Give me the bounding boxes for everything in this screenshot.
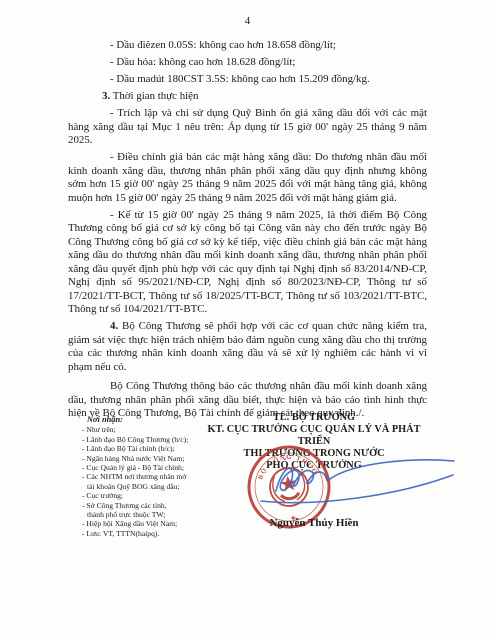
recipient-item: - Cục trưởng; — [82, 491, 198, 500]
fuel-price-item-mazut: - Dầu madút 180CST 3.5S: không cao hơn 1… — [68, 73, 427, 87]
fuel-price-item-diesel: - Dầu điêzen 0.05S: không cao hơn 18.658… — [68, 39, 427, 53]
recipient-item: - Ngân hàng Nhà nước Việt Nam; — [82, 454, 198, 463]
section-3-number: 3. — [102, 90, 110, 102]
page-number: 4 — [0, 15, 495, 27]
fuel-price-item-kerosene: - Dầu hỏa: không cao hơn 18.628 đồng/lít… — [68, 56, 427, 70]
recipients-list: - Như trên; - Lãnh đạo Bộ Công Thương (b… — [82, 425, 198, 538]
signature-authority-line: TL. BỘ TRƯỞNG — [198, 412, 430, 424]
document-page: 4 - Dầu điêzen 0.05S: không cao hơn 18.6… — [0, 0, 495, 640]
recipient-item: - Cục Quản lý giá - Bộ Tài chính; — [82, 463, 198, 472]
recipient-item: - Hiệp hội Xăng dầu Việt Nam; — [82, 519, 198, 528]
paragraph-price-adjustment: - Điều chỉnh giá bán các mặt hàng xăng d… — [68, 151, 427, 205]
recipient-item: - Sở Công Thương các tỉnh, thành phố trự… — [82, 501, 198, 520]
section-4-number: 4. — [110, 320, 118, 332]
section-4-paragraph: 4. Bộ Công Thương sẽ phối hợp với các cơ… — [68, 320, 427, 374]
recipient-item: - Các NHTM nơi thương nhân mở tài khoản … — [82, 472, 198, 491]
paragraph-fund-usage: - Trích lập và chi sử dụng Quỹ Bình ổn g… — [68, 107, 427, 148]
paragraph-effective-time: - Kể từ 15 giờ 00' ngày 25 tháng 9 năm 2… — [68, 209, 427, 317]
document-body: - Dầu điêzen 0.05S: không cao hơn 18.658… — [68, 39, 427, 421]
section-3-heading: 3. Thời gian thực hiện — [68, 90, 427, 104]
recipients-label: Nơi nhận: — [87, 415, 198, 424]
section-4-text: Bộ Công Thương sẽ phối hợp với các cơ qu… — [68, 320, 427, 373]
recipients-block: Nơi nhận: - Như trên; - Lãnh đạo Bộ Công… — [82, 415, 198, 538]
section-3-title: Thời gian thực hiện — [110, 90, 198, 102]
recipient-item: - Lưu: VT, TTTN(haipq). — [82, 529, 198, 538]
recipient-item: - Lãnh đạo Bộ Công Thương (b/c); — [82, 435, 198, 444]
recipient-item: - Như trên; — [82, 425, 198, 434]
signer-name: Nguyễn Thúy Hiền — [198, 517, 430, 529]
handwritten-signature — [256, 444, 471, 508]
recipient-item: - Lãnh đạo Bộ Tài chính (b/c); — [82, 444, 198, 453]
